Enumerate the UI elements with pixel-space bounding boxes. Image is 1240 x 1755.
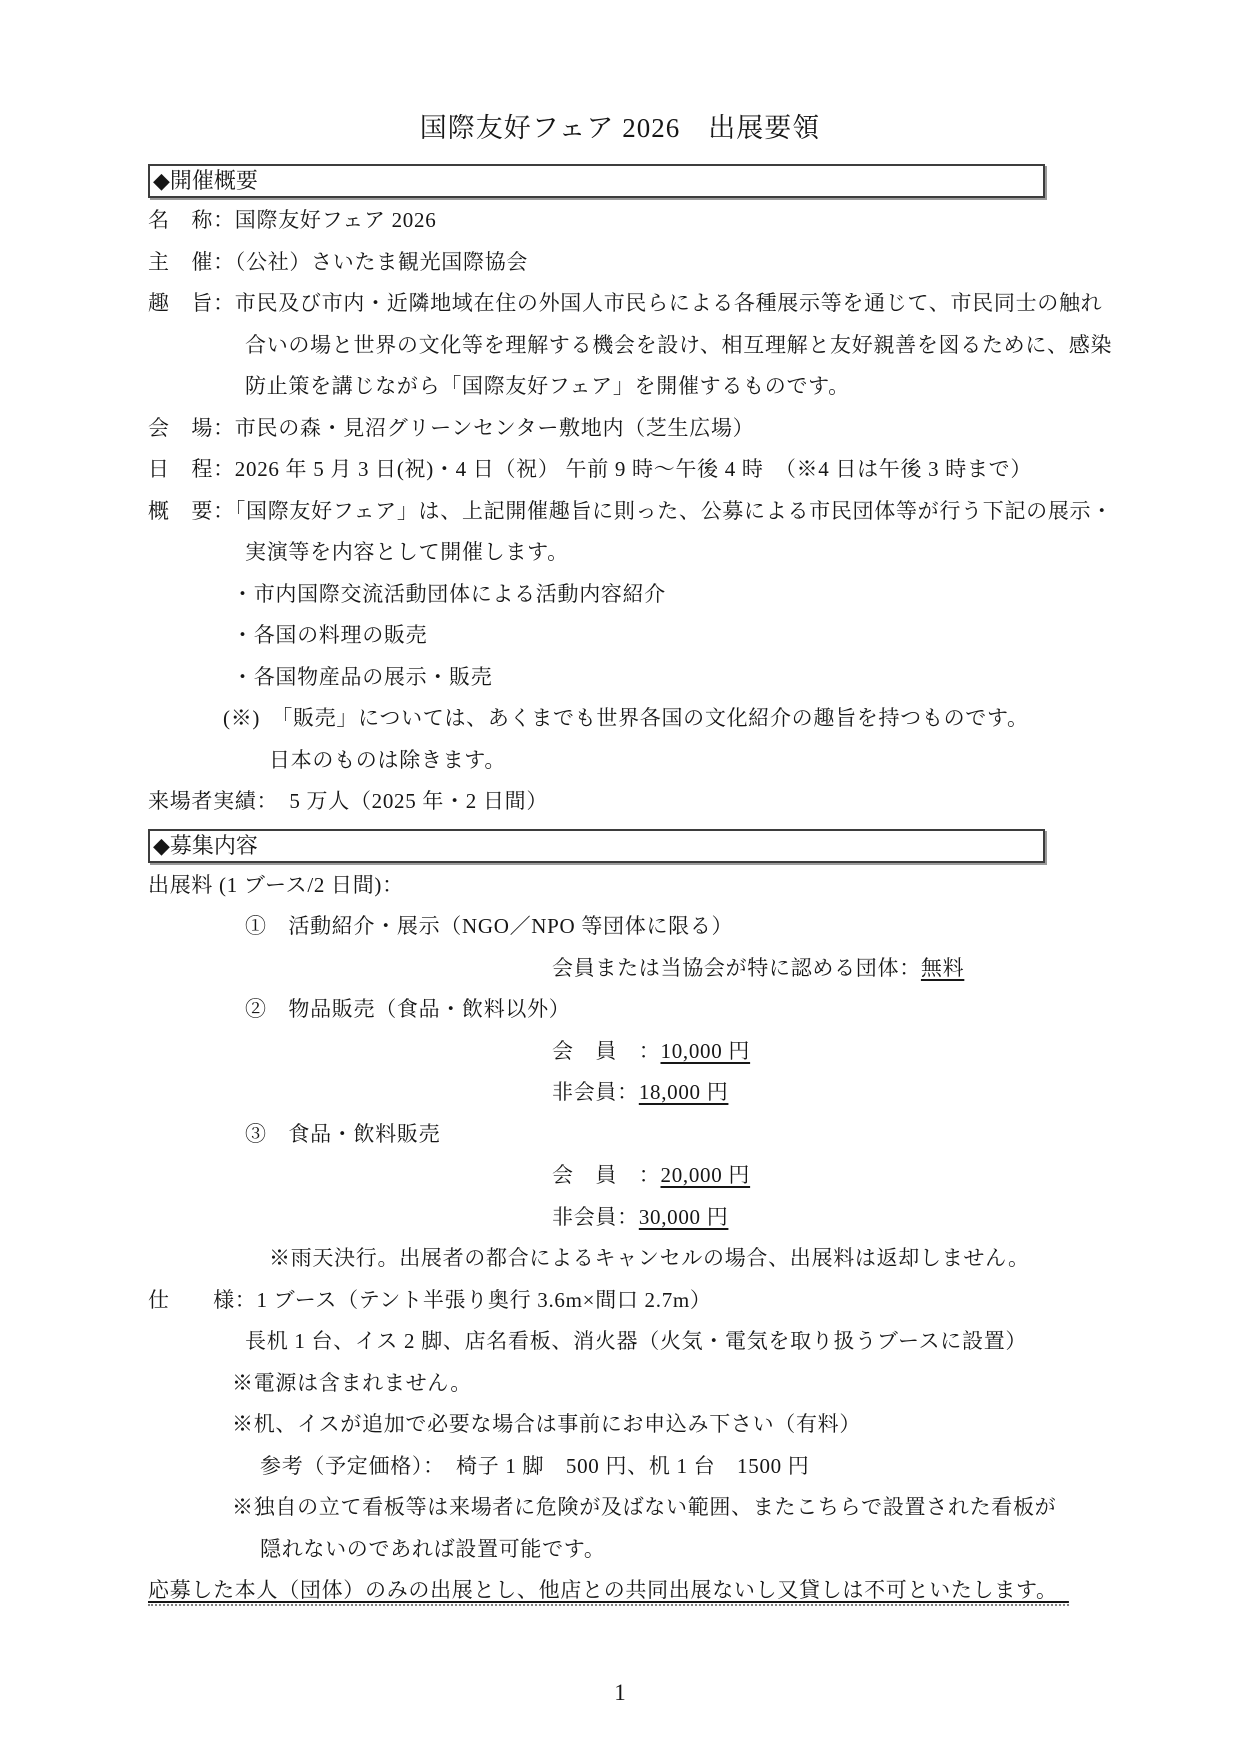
text-line: 来場者実績： 5 万人（2025 年・2 日間） [148,781,1092,823]
text-segment: 会員または当協会が特に認める団体： [552,956,921,980]
text-line: 合いの場と世界の文化等を理解する機会を設け、相互理解と友好親善を図るために、感染 [148,325,1092,367]
text-line: 応募した本人（団体）のみの出展とし、他店との共同出展ないし又貸しは不可といたしま… [148,1570,1092,1612]
text-segment: (※) 「販売」については、あくまでも世界各国の文化紹介の趣旨を持つものです。 [223,706,1029,730]
text-line: 日 程：2026 年 5 月 3 日(祝)・4 日（祝） 午前 9 時～午後 4… [148,449,1092,491]
text-segment: 防止策を講じながら「国際友好フェア」を開催するものです。 [245,374,850,398]
text-segment: 概 要：「国際友好フェア」は、上記開催趣旨に則った、公募による市民団体等が行う下… [148,499,1113,523]
underlined-value: 無料 [921,956,964,980]
text-segment: 会 場：市民の森・見沼グリーンセンター敷地内（芝生広場） [148,416,754,440]
text-segment: 来場者実績： 5 万人（2025 年・2 日間） [148,789,548,813]
page-number: 1 [148,1678,1092,1708]
text-line: 趣 旨：市民及び市内・近隣地域在住の外国人市民らによる各種展示等を通じて、市民同… [148,283,1092,325]
text-segment: ・市内国際交流活動団体による活動内容紹介 [232,582,666,606]
emphasized-rule-text: 応募した本人（団体）のみの出展とし、他店との共同出展ないし又貸しは不可といたしま… [148,1578,1069,1606]
text-segment: 会 員 ： [552,1163,661,1187]
text-line: 日本のものは除きます。 [148,740,1092,782]
underlined-value: 30,000 円 [639,1205,729,1229]
text-segment: ③ 食品・飲料販売 [245,1122,440,1146]
text-line: 会員または当協会が特に認める団体：無料 [148,948,1092,990]
text-line: 仕 様：1 ブース（テント半張り奥行 3.6m×間口 2.7m） [148,1280,1092,1322]
text-line: ※独自の立て看板等は来場者に危険が及ばない範囲、またこちらで設置された看板が [148,1487,1092,1529]
document-title: 国際友好フェア 2026 出展要領 [148,108,1092,148]
text-line: 会 場：市民の森・見沼グリーンセンター敷地内（芝生広場） [148,408,1092,450]
section-header-label: ◆開催概要 [153,168,258,193]
text-line: 参考（予定価格）： 椅子 1 脚 500 円、机 1 台 1500 円 [148,1446,1092,1488]
text-line: ・各国の料理の販売 [148,615,1092,657]
text-line: ・市内国際交流活動団体による活動内容紹介 [148,574,1092,616]
text-segment: 実演等を内容として開催します。 [245,540,569,564]
text-segment: ・各国の料理の販売 [232,623,427,647]
text-segment: ※雨天決行。出展者の都合によるキャンセルの場合、出展料は返却しません。 [269,1246,1030,1270]
underlined-value: 20,000 円 [661,1163,751,1187]
text-segment: 参考（予定価格）： 椅子 1 脚 500 円、机 1 台 1500 円 [260,1454,810,1478]
text-line: ② 物品販売（食品・飲料以外） [148,989,1092,1031]
text-segment: 主 催：（公社）さいたま観光国際協会 [148,250,528,274]
text-line: 会 員 ：20,000 円 [148,1155,1092,1197]
text-line: 実演等を内容として開催します。 [148,532,1092,574]
section-header-overview: ◆開催概要 [148,164,1045,198]
text-line: ③ 食品・飲料販売 [148,1114,1092,1156]
text-segment: 非会員： [552,1080,639,1104]
text-segment: 日本のものは除きます。 [269,748,506,772]
text-segment: 名 称：国際友好フェア 2026 [148,208,436,232]
text-segment: ・各国物産品の展示・販売 [232,665,492,689]
text-line: 主 催：（公社）さいたま観光国際協会 [148,242,1092,284]
text-line: 名 称：国際友好フェア 2026 [148,200,1092,242]
text-line: 会 員 ：10,000 円 [148,1031,1092,1073]
text-segment: ② 物品販売（食品・飲料以外） [245,997,571,1021]
underlined-value: 18,000 円 [639,1080,729,1104]
text-line: ・各国物産品の展示・販売 [148,657,1092,699]
text-line: ① 活動紹介・展示（NGO／NPO 等団体に限る） [148,906,1092,948]
text-segment: 仕 様：1 ブース（テント半張り奥行 3.6m×間口 2.7m） [148,1288,712,1312]
text-segment: 趣 旨：市民及び市内・近隣地域在住の外国人市民らによる各種展示等を通じて、市民同… [148,291,1102,315]
text-segment: ※電源は含まれません。 [232,1371,472,1395]
text-line: 防止策を講じながら「国際友好フェア」を開催するものです。 [148,366,1092,408]
document-page: 国際友好フェア 2026 出展要領 ◆開催概要 名 称：国際友好フェア 2026… [0,0,1240,1708]
text-line: 概 要：「国際友好フェア」は、上記開催趣旨に則った、公募による市民団体等が行う下… [148,491,1092,533]
text-segment: ① 活動紹介・展示（NGO／NPO 等団体に限る） [245,914,733,938]
text-segment: 合いの場と世界の文化等を理解する機会を設け、相互理解と友好親善を図るために、感染 [245,333,1112,357]
text-line: 長机 1 台、イス 2 脚、店名看板、消火器（火気・電気を取り扱うブースに設置） [148,1321,1092,1363]
text-segment: ※独自の立て看板等は来場者に危険が及ばない範囲、またこちらで設置された看板が [232,1495,1056,1519]
text-segment: 隠れないのであれば設置可能です。 [260,1537,606,1561]
underlined-value: 10,000 円 [661,1039,751,1063]
text-line: ※雨天決行。出展者の都合によるキャンセルの場合、出展料は返却しません。 [148,1238,1092,1280]
section-header-label: ◆募集内容 [153,833,258,858]
text-line: 隠れないのであれば設置可能です。 [148,1529,1092,1571]
text-segment: 日 程：2026 年 5 月 3 日(祝)・4 日（祝） 午前 9 時～午後 4… [148,457,1032,481]
text-line: 非会員：18,000 円 [148,1072,1092,1114]
text-line: 出展料 (1 ブース/2 日間)： [148,865,1092,907]
text-line: ※机、イスが追加で必要な場合は事前にお申込み下さい（有料） [148,1404,1092,1446]
text-segment: 非会員： [552,1205,639,1229]
text-line: ※電源は含まれません。 [148,1363,1092,1405]
text-line: 非会員：30,000 円 [148,1197,1092,1239]
text-line: (※) 「販売」については、あくまでも世界各国の文化紹介の趣旨を持つものです。 [148,698,1092,740]
text-segment: 出展料 (1 ブース/2 日間)： [148,873,404,897]
section-recruitment-content: 出展料 (1 ブース/2 日間)：① 活動紹介・展示（NGO／NPO 等団体に限… [148,865,1092,1612]
text-segment: 会 員 ： [552,1039,661,1063]
text-segment: ※机、イスが追加で必要な場合は事前にお申込み下さい（有料） [232,1412,861,1436]
section-header-recruitment: ◆募集内容 [148,829,1045,863]
section-overview-content: 名 称：国際友好フェア 2026主 催：（公社）さいたま観光国際協会趣 旨：市民… [148,200,1092,823]
text-segment: 長机 1 台、イス 2 脚、店名看板、消火器（火気・電気を取り扱うブースに設置） [245,1329,1027,1353]
